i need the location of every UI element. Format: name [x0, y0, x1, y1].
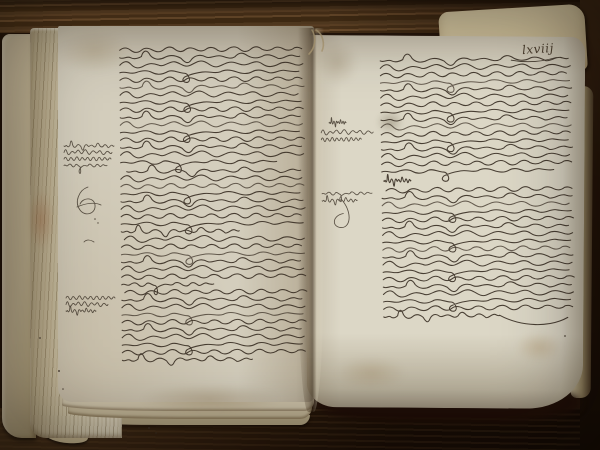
manuscript-photo: lxviij: [0, 0, 600, 450]
right-page-text: [320, 52, 575, 328]
right-margin-notes: [321, 117, 375, 228]
margin-loop-flourish: [334, 201, 349, 227]
left-page-text: [120, 46, 308, 366]
tie-string: [309, 30, 323, 54]
handwriting-overlay: [0, 0, 600, 450]
left-margin-notes: [64, 141, 115, 315]
notary-rubric-icon: [77, 187, 101, 214]
ink-flourish: [500, 314, 568, 325]
